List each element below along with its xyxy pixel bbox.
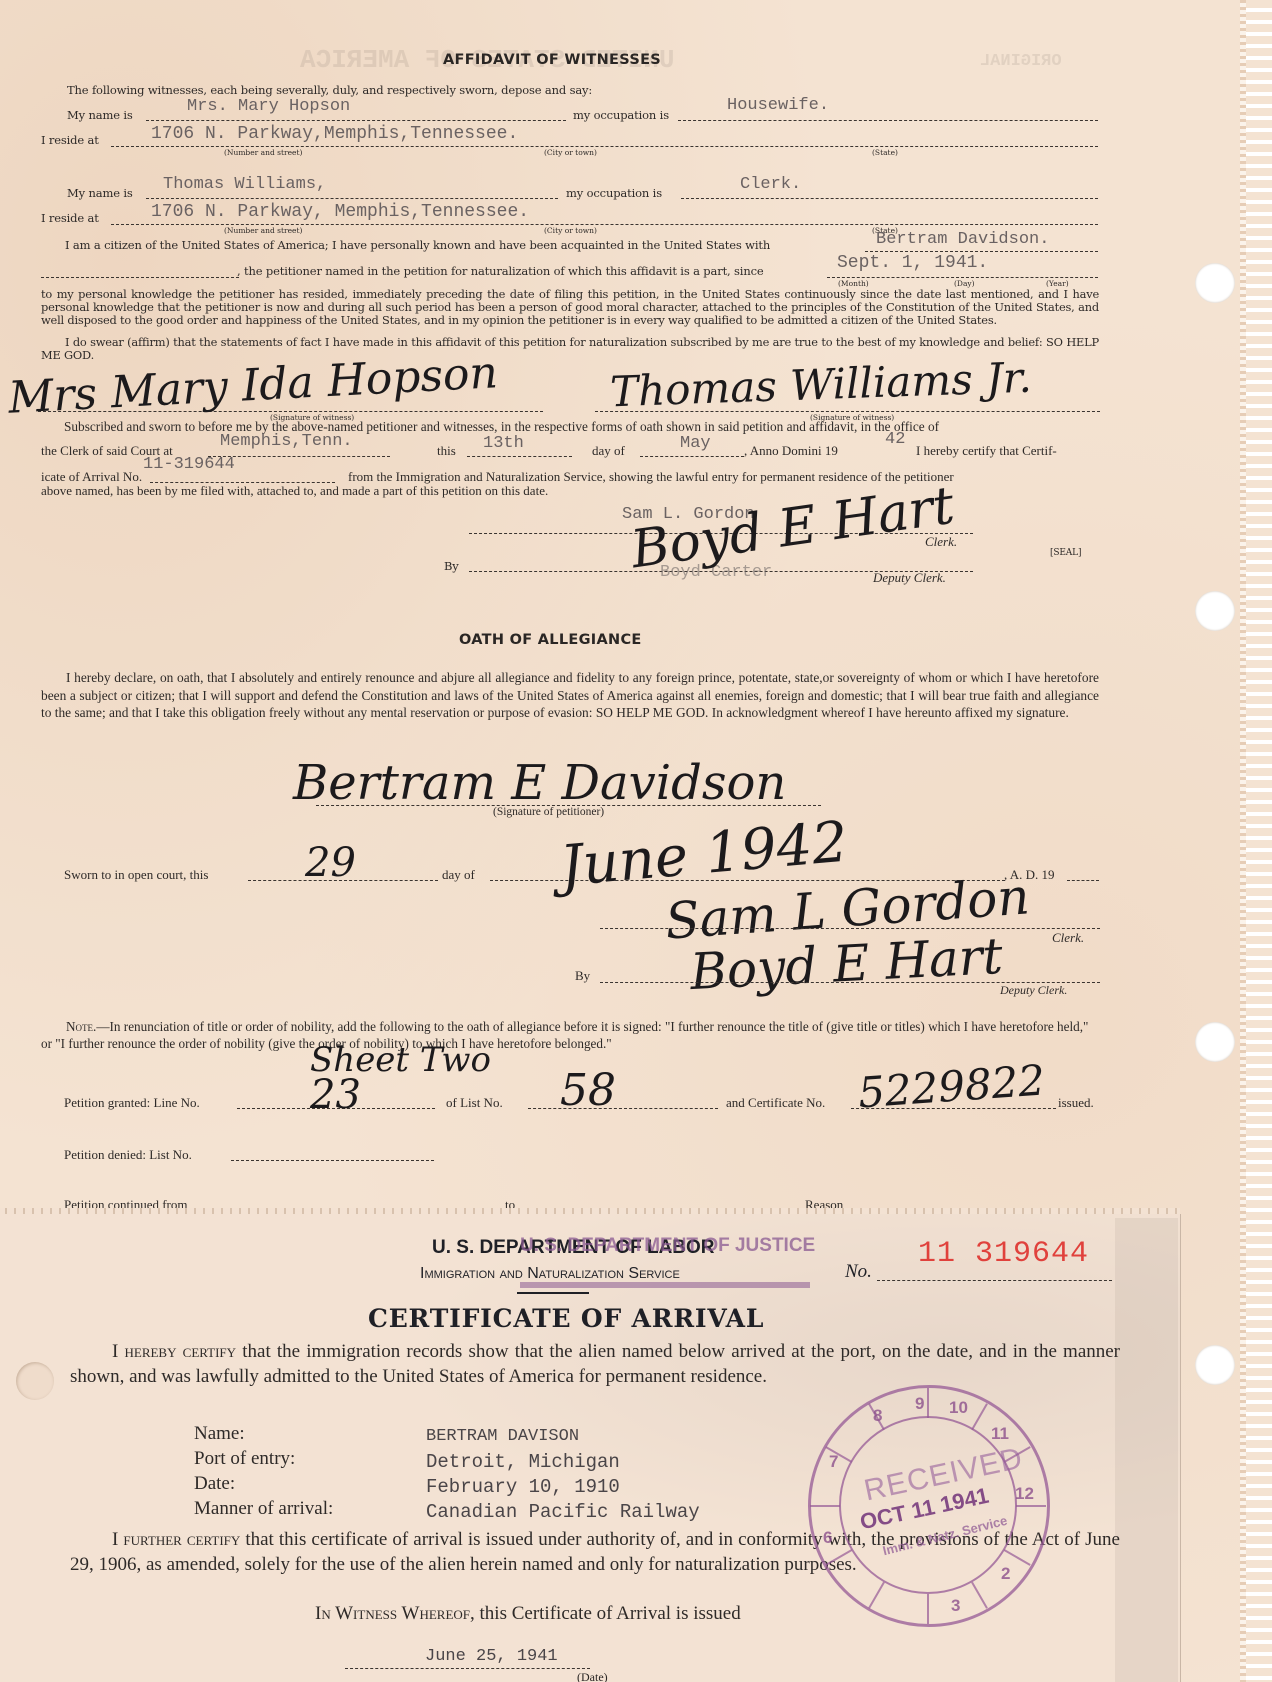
certificate-no-label: and Certificate No.: [726, 1095, 825, 1111]
city-caption: (City or town): [544, 226, 597, 235]
by-label: By: [575, 968, 590, 984]
stamp-tick: [927, 1388, 929, 1418]
stamp-hour: 2: [1001, 1564, 1010, 1584]
reside-label: I reside at: [41, 133, 99, 147]
court-location-line: [208, 456, 390, 457]
deputy-clerk-label: Deputy Clerk.: [873, 570, 946, 586]
slip-fold-shadow: [1115, 1218, 1178, 1682]
stamp-hour: 7: [829, 1452, 838, 1472]
port-label: Port of entry:: [194, 1451, 295, 1467]
witness-2-occupation: Clerk.: [740, 175, 801, 194]
further-certify-lead: I further certify: [112, 1529, 240, 1550]
manner-label: Manner of arrival:: [194, 1501, 333, 1517]
witness-1-occupation: Housewife.: [727, 96, 829, 115]
stamp-tick: [868, 1582, 885, 1609]
residence-line: [111, 224, 1098, 225]
manner-value: Canadian Pacific Railway: [426, 1501, 700, 1523]
my-name-label: My name is: [67, 108, 133, 122]
sworn-day: 29: [305, 840, 356, 886]
name-label: Name:: [194, 1426, 245, 1442]
since-line: [827, 277, 1098, 278]
petitioner-line: [865, 251, 1098, 252]
port-value: Detroit, Michigan: [426, 1451, 620, 1473]
note-text: —In renunciation of title or order of no…: [41, 1019, 1088, 1051]
stamp-hour: 11: [991, 1424, 1009, 1444]
seal-label: [SEAL]: [1050, 548, 1081, 558]
by-label: By: [444, 559, 459, 573]
petitioner-signature-caption: (Signature of petitioner): [493, 806, 604, 818]
stamp-hour: 6: [823, 1528, 832, 1548]
subscribed-day: 13th: [483, 434, 524, 453]
overstamp-underline: [520, 1282, 810, 1288]
petitioner-name: Bertram Davidson.: [876, 230, 1049, 249]
deputy-signature: Boyd E Hart: [627, 476, 957, 581]
occupation-label: my occupation is: [573, 108, 669, 122]
issue-date: June 25, 1941: [425, 1647, 558, 1666]
occupation-line: [681, 198, 1098, 199]
nobility-note: Note.—In renunciation of title or order …: [41, 1019, 1099, 1052]
note-lead: Note.: [66, 1019, 96, 1034]
deputy-clerk-label: Deputy Clerk.: [1000, 983, 1067, 998]
bleed-through-text: ORIGINAL: [980, 52, 1062, 71]
acquainted-since-date: Sept. 1, 1941.: [837, 253, 988, 273]
certificate-no-label: No.: [845, 1261, 872, 1283]
punch-hole: [1195, 1345, 1235, 1385]
stamp-hour: 9: [915, 1394, 924, 1414]
petition-denied-label: Petition denied: List No.: [64, 1147, 192, 1163]
witness-1-name: Mrs. Mary Hopson: [187, 97, 350, 116]
ins-heading: Immigration and Naturalization Service: [420, 1265, 680, 1283]
witness-1-residence: 1706 N. Parkway,Memphis,Tennessee.: [151, 124, 518, 144]
oath-title: OATH OF ALLEGIANCE: [459, 632, 642, 648]
witness-whereof-text: , this Certificate of Arrival is issued: [470, 1603, 741, 1624]
stamp-hour: 12: [1015, 1484, 1034, 1504]
date-value: February 10, 1910: [426, 1476, 620, 1498]
of-list-label: of List No.: [446, 1095, 503, 1111]
witness-2-residence: 1706 N. Parkway, Memphis,Tennessee.: [151, 202, 529, 222]
this-label: this: [437, 443, 456, 459]
received-stamp: 8 9 10 11 12 7 2 3 6 RECEIVED OCT 11 194…: [808, 1385, 1050, 1627]
issue-date-line: [345, 1668, 590, 1669]
embossed-hole-mark: [16, 1362, 54, 1400]
occupation-line: [678, 120, 1098, 121]
stamp-tick: [971, 1403, 988, 1430]
certificate-title: CERTIFICATE OF ARRIVAL: [368, 1304, 764, 1333]
date-caption: (Date): [577, 1670, 608, 1682]
citizen-statement-2: , the petitioner named in the petition f…: [237, 264, 764, 278]
city-caption: (City or town): [544, 148, 597, 157]
petition-granted-label: Petition granted: Line No.: [64, 1095, 200, 1111]
day-of-label: day of: [442, 867, 475, 883]
day-of-label: day of: [592, 443, 625, 459]
affidavit-title: AFFIDAVIT OF WITNESSES: [443, 52, 661, 68]
clerk-label: Clerk.: [1052, 930, 1084, 946]
witness-2-name: Thomas Williams,: [163, 175, 326, 194]
granted-line-no: 23: [310, 1072, 361, 1118]
residence-line: [111, 146, 1098, 147]
certificate-no-line: [877, 1280, 1112, 1281]
citizen-statement: I am a citizen of the United States of A…: [65, 238, 770, 252]
month-line: [640, 456, 744, 457]
stamp-tick: [927, 1594, 929, 1624]
perforated-edge: [1240, 0, 1272, 1682]
number-street-caption: (Number and street): [224, 148, 302, 157]
stamp-hour: 3: [951, 1596, 960, 1616]
day-line: [467, 456, 572, 457]
name-line: [146, 120, 566, 121]
list-no-line: [528, 1108, 718, 1109]
affidavit-body: to my personal knowledge the petitioner …: [41, 288, 1099, 328]
stamp-hour: 8: [873, 1406, 882, 1426]
reside-label: I reside at: [41, 211, 99, 225]
anno-domini-label: , Anno Domini 19: [744, 443, 838, 459]
denied-list-line: [231, 1160, 434, 1161]
stamp-tick: [810, 1505, 840, 1507]
certify-text: I hereby certify that Certif-: [916, 443, 1057, 459]
stamp-hour: 10: [949, 1398, 968, 1418]
oath-text: I hereby declare, on oath, that I absolu…: [41, 669, 1099, 722]
my-name-label: My name is: [67, 186, 133, 200]
punch-hole: [1195, 591, 1235, 631]
hereby-certify-lead: I hereby certify: [112, 1341, 236, 1362]
affidavit-intro: The following witnesses, each being seve…: [67, 83, 592, 97]
number-street-caption: (Number and street): [224, 226, 302, 235]
witness-whereof: In Witness Whereof, this Certificate of …: [315, 1606, 741, 1622]
department-overstamp: U. S. DEPARTMENT OF JUSTICE: [520, 1235, 815, 1257]
ad-year-line: [1067, 880, 1099, 881]
court-location: Memphis,Tenn.: [220, 432, 353, 451]
date-label: Date:: [194, 1476, 235, 1492]
name-value: BERTRAM DAVISON: [426, 1427, 579, 1446]
issued-label: issued.: [1058, 1095, 1094, 1111]
year-suffix: 42: [885, 430, 905, 449]
stamp-tick: [1016, 1505, 1046, 1507]
sworn-label: Sworn to in open court, this: [64, 867, 208, 883]
state-caption: (State): [872, 148, 898, 157]
subscribed-text: Subscribed and sworn to before me by the…: [64, 419, 939, 435]
petitioner-blank-line: [41, 277, 239, 278]
oath-clerk-line: [600, 928, 1100, 929]
name-line: [146, 198, 558, 199]
certificate-red-number: 11 319644: [918, 1237, 1089, 1271]
punch-hole: [1195, 263, 1235, 303]
filed-text: above named, has been by me filed with, …: [41, 483, 548, 499]
witness-whereof-lead: In Witness Whereof: [315, 1603, 470, 1624]
arrival-certificate-number: 11-319644: [143, 455, 235, 474]
granted-list-no: 58: [560, 1065, 616, 1116]
stamp-tick: [971, 1582, 988, 1609]
hereby-certify-paragraph: I hereby certify that the immigration re…: [70, 1340, 1120, 1389]
punch-hole: [1195, 1022, 1235, 1062]
subscribed-month: May: [680, 434, 711, 453]
stamp-tick: [825, 1549, 852, 1566]
heading-rule: [517, 1292, 589, 1294]
occupation-label: my occupation is: [566, 186, 662, 200]
petitioner-signature: Bertram E Davidson: [293, 755, 786, 811]
